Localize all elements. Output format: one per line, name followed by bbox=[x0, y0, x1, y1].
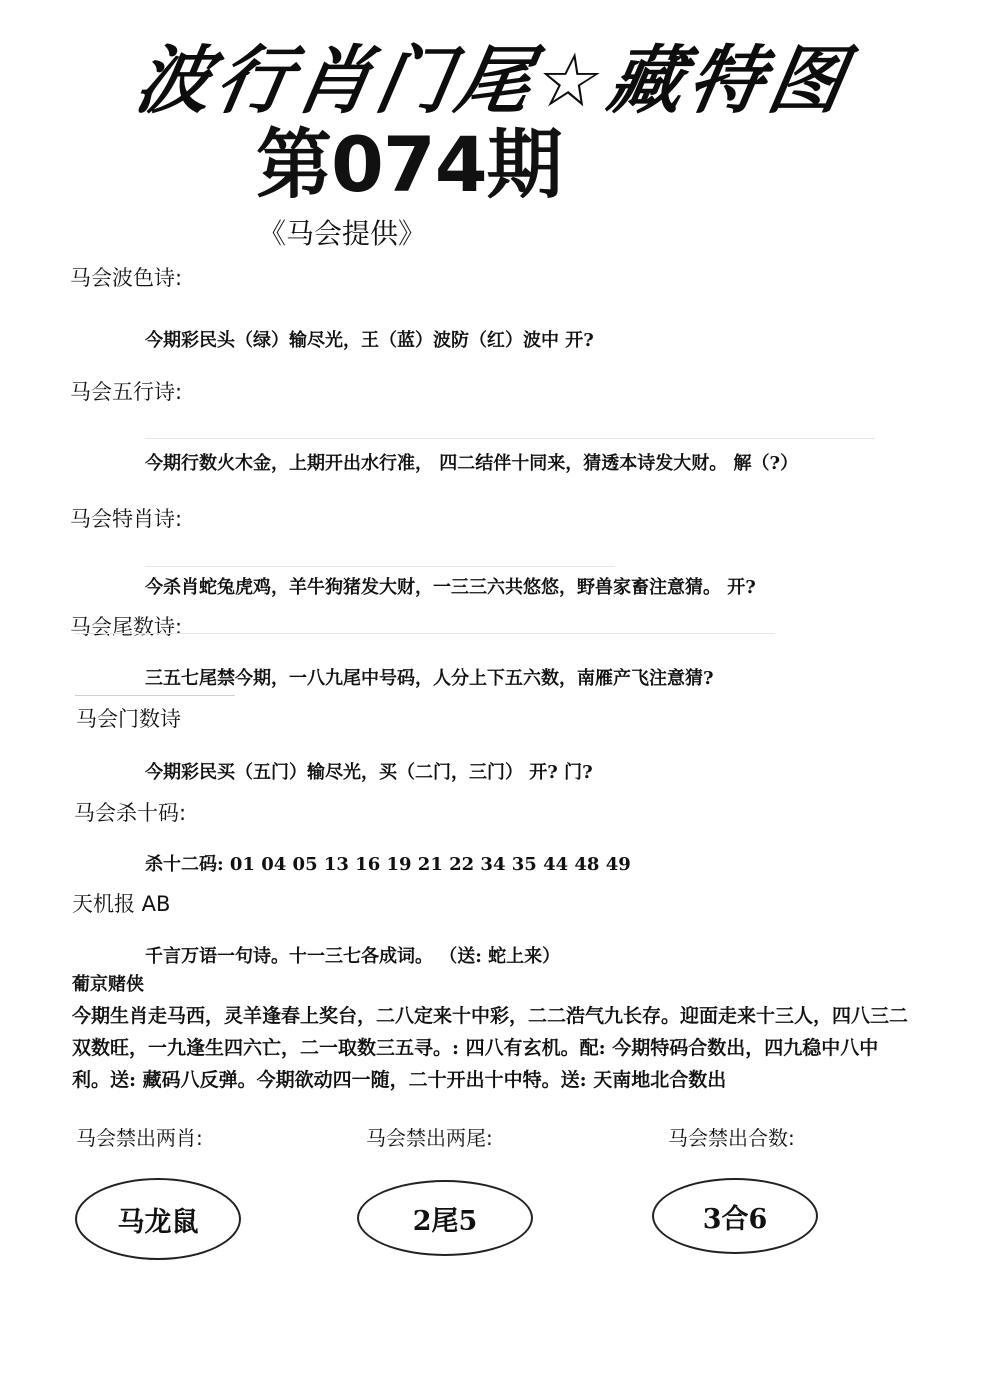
divider bbox=[75, 695, 235, 696]
section-label-kill-numbers: 马会杀十码: bbox=[74, 797, 186, 827]
ban-label-sum: 马会禁出合数: bbox=[668, 1122, 795, 1151]
casino-text: 今期生肖走马西，灵羊逢春上奖台，二八定来十中彩，二二浩气九长存。迎面走来十三人，… bbox=[72, 1000, 912, 1096]
section-label-five-elements: 马会五行诗: bbox=[70, 376, 182, 406]
casino-label: 葡京赌侠 bbox=[72, 970, 144, 996]
poem-gate-number: 今期彩民买（五门）输尽光，买（二门，三门） 开? 门? bbox=[145, 758, 593, 784]
issue-number: 第074期 bbox=[256, 104, 562, 213]
ban-sum-value: 3合6 bbox=[703, 1197, 768, 1236]
divider bbox=[145, 566, 615, 567]
poem-tianji: 千言万语一句诗。十一三七各成词。 （送: 蛇上来） bbox=[145, 942, 560, 968]
ban-tail-ellipse: 2尾5 bbox=[357, 1180, 533, 1256]
kill-numbers-line: 杀十二码: 01 04 05 13 16 19 21 22 34 35 44 4… bbox=[145, 850, 631, 876]
ban-label-zodiac: 马会禁出两肖: bbox=[76, 1122, 203, 1151]
ban-zodiac-value: 马龙鼠 bbox=[118, 1200, 199, 1239]
ban-sum-ellipse: 3合6 bbox=[652, 1178, 818, 1254]
poem-tail-number: 三五七尾禁今期，一八九尾中号码，人分上下五六数，南雁产飞注意猜? bbox=[145, 664, 714, 690]
poem-wave-color: 今期彩民头（绿）输尽光，王（蓝）波防（红）波中 开? bbox=[145, 326, 594, 352]
section-label-wave-color: 马会波色诗: bbox=[70, 262, 182, 292]
ban-tail-value: 2尾5 bbox=[413, 1199, 478, 1238]
provider-label: 《马会提供》 bbox=[258, 212, 426, 252]
poem-zodiac: 今杀肖蛇兔虎鸡，羊牛狗猪发大财，一三三六共悠悠，野兽家畜注意猜。 开? bbox=[145, 573, 756, 599]
poem-five-elements: 今期行数火木金，上期开出水行准， 四二结伴十同来，猜透本诗发大财。 解（?） bbox=[145, 449, 798, 475]
section-label-tail-number: 马会尾数诗: bbox=[70, 611, 182, 641]
section-label-zodiac: 马会特肖诗: bbox=[70, 503, 182, 533]
section-label-tianji: 天机报 AB bbox=[72, 888, 170, 918]
ban-label-tail: 马会禁出两尾: bbox=[366, 1122, 493, 1151]
section-label-gate-number: 马会门数诗 bbox=[76, 703, 181, 733]
divider bbox=[145, 438, 875, 439]
ban-zodiac-ellipse: 马龙鼠 bbox=[75, 1178, 241, 1260]
divider bbox=[75, 633, 775, 634]
